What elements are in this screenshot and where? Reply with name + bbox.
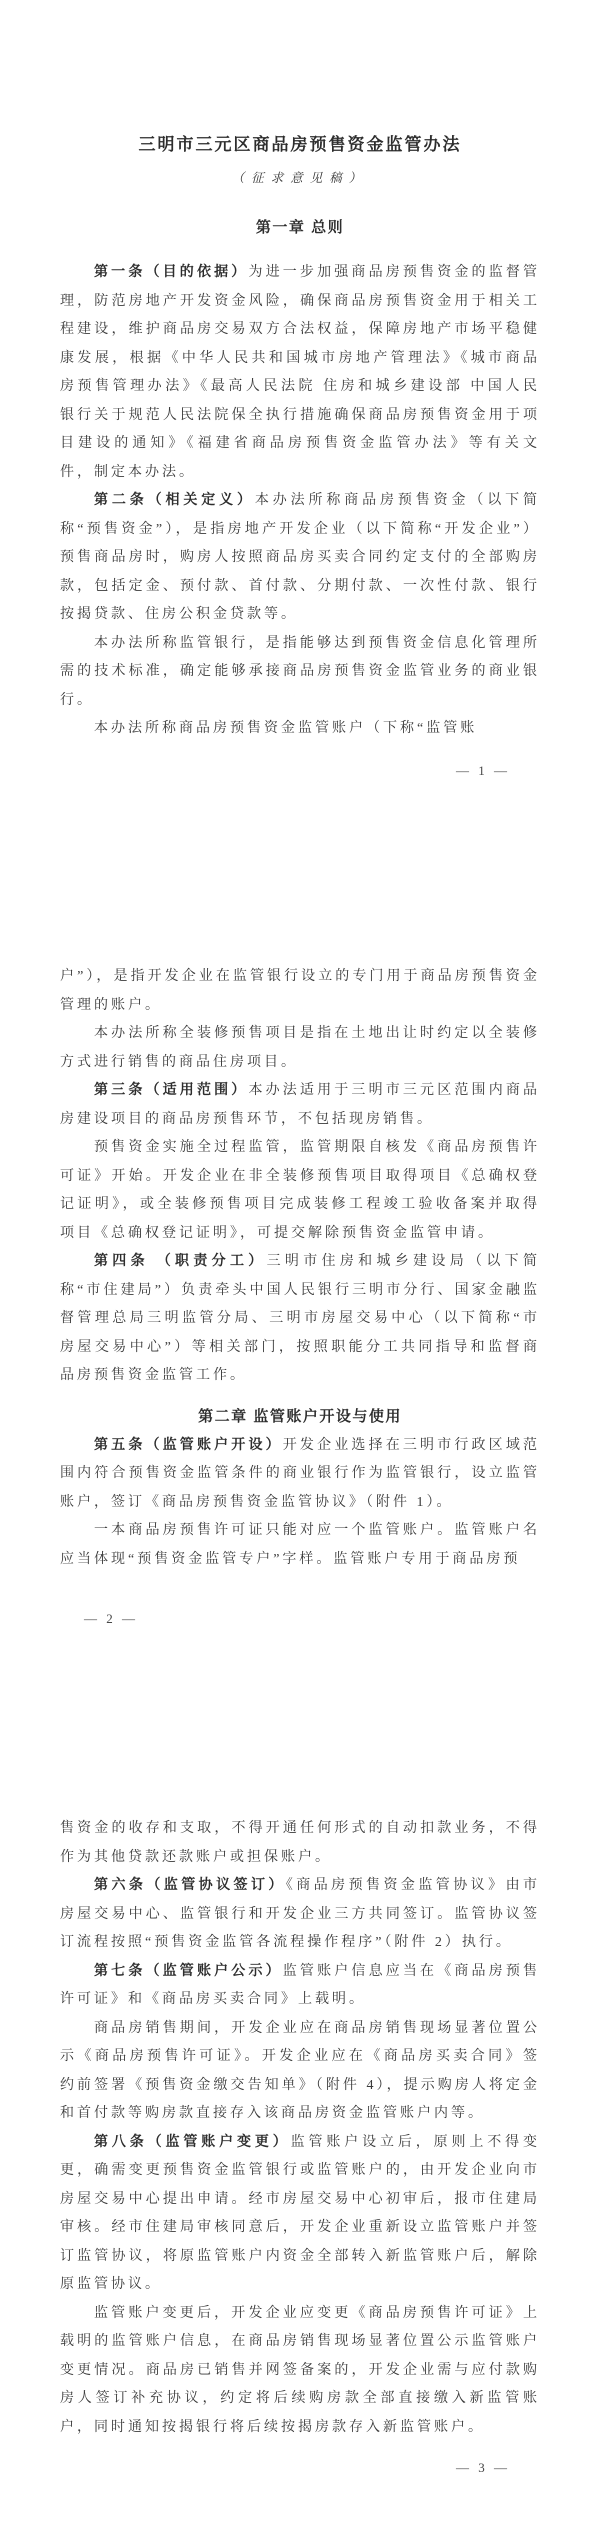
paragraph: 第八条（监管账户变更）监管账户设立后，原则上不得变更，确需变更预售资金监管银行或… <box>60 2129 540 2300</box>
paragraph-text: 本办法所称全装修预售项目是指在土地出让时约定以全装修方式进行销售的商品住房项目。 <box>60 1026 540 1070</box>
paragraph: 本办法所称全装修预售项目是指在土地出让时约定以全装修方式进行销售的商品住房项目。 <box>60 1020 540 1077</box>
paragraph-lead: 第一条（目的依据） <box>94 265 248 280</box>
paragraph-text: 监管账户设立后，原则上不得变更，确需变更预售资金监管银行或监管账户的，由开发企业… <box>60 2135 540 2293</box>
document-title: 三明市三元区商品房预售资金监管办法 <box>60 133 540 157</box>
document-subtitle: （征求意见稿） <box>60 169 540 187</box>
paragraph-lead: 第三条（适用范围） <box>94 1083 248 1098</box>
document-page: 户”），是指开发企业在监管银行设立的专门用于商品房预售资金管理的账户。本办法所称… <box>0 849 600 1697</box>
paragraph-lead: 第六条（监管协议签订） <box>94 1878 286 1893</box>
paragraph-text: 监管账户变更后，开发企业应变更《商品房预售许可证》上载明的监管账户信息，在商品房… <box>60 2306 540 2435</box>
paragraph: 售资金的收存和支取，不得开通任何形式的自动扣款业务，不得作为其他贷款还款账户或担… <box>60 1815 540 1872</box>
paragraph-text: 售资金的收存和支取，不得开通任何形式的自动扣款业务，不得作为其他贷款还款账户或担… <box>60 1821 540 1865</box>
paragraph-text: 本办法所称监管银行，是指能够达到预售资金信息化管理所需的技术标准，确定能够承接商… <box>60 636 540 708</box>
page-number: — 2 — <box>84 1611 138 1627</box>
chapter-heading: 第二章 监管账户开设与使用 <box>60 1402 540 1432</box>
paragraph-lead: 第七条（监管账户公示） <box>94 1964 283 1979</box>
paragraph-text: 本办法所称商品房预售资金监管账户（下称“监管账 <box>94 721 477 736</box>
paragraph-text: 为进一步加强商品房预售资金的监督管理，防范房地产开发资金风险，确保商品房预售资金… <box>60 265 540 480</box>
paragraph-lead: 第二条（相关定义） <box>94 493 255 508</box>
paragraph-text: 商品房销售期间，开发企业应在商品房销售现场显著位置公示《商品房预售许可证》。开发… <box>60 2021 540 2122</box>
paragraph-text: 本办法所称商品房预售资金（以下简称“预售资金”），是指房地产开发企业（以下简称“… <box>60 493 540 622</box>
paragraph-lead: 第八条（监管账户变更） <box>94 2135 291 2150</box>
paragraph: 第六条（监管协议签订）《商品房预售资金监管协议》由市房屋交易中心、监管银行和开发… <box>60 1872 540 1958</box>
paragraph: 第一条（目的依据）为进一步加强商品房预售资金的监督管理，防范房地产开发资金风险，… <box>60 259 540 487</box>
paragraph: 第五条（监管账户开设）开发企业选择在三明市行政区域范围内符合预售资金监管条件的商… <box>60 1432 540 1518</box>
document-page: 售资金的收存和支取，不得开通任何形式的自动扣款业务，不得作为其他贷款还款账户或担… <box>0 1697 600 2546</box>
chapter-heading: 第一章 总则 <box>60 213 540 243</box>
paragraph: 预售资金实施全过程监管，监管期限自核发《商品房预售许可证》开始。开发企业在非全装… <box>60 1134 540 1248</box>
document-page: 三明市三元区商品房预售资金监管办法（征求意见稿）第一章 总则第一条（目的依据）为… <box>0 0 600 849</box>
paragraph: 第二条（相关定义）本办法所称商品房预售资金（以下简称“预售资金”），是指房地产开… <box>60 487 540 630</box>
paragraph: 商品房销售期间，开发企业应在商品房销售现场显著位置公示《商品房预售许可证》。开发… <box>60 2015 540 2129</box>
document-pages: 三明市三元区商品房预售资金监管办法（征求意见稿）第一章 总则第一条（目的依据）为… <box>0 0 600 2546</box>
page-number: — 3 — <box>456 2460 510 2476</box>
paragraph-text: 户”），是指开发企业在监管银行设立的专门用于商品房预售资金管理的账户。 <box>60 969 540 1013</box>
paragraph: 监管账户变更后，开发企业应变更《商品房预售许可证》上载明的监管账户信息，在商品房… <box>60 2300 540 2443</box>
paragraph: 第四条 （职责分工）三明市住房和城乡建设局（以下简称“市住建局”）负责牵头中国人… <box>60 1248 540 1391</box>
page-number: — 1 — <box>456 763 510 779</box>
paragraph: 户”），是指开发企业在监管银行设立的专门用于商品房预售资金管理的账户。 <box>60 963 540 1020</box>
paragraph-text: 三明市住房和城乡建设局（以下简称“市住建局”）负责牵头中国人民银行三明市分行、国… <box>60 1254 540 1383</box>
paragraph-text: 一本商品房预售许可证只能对应一个监管账户。监管账户名应当体现“预售资金监管专户”… <box>60 1523 540 1567</box>
paragraph-text: 预售资金实施全过程监管，监管期限自核发《商品房预售许可证》开始。开发企业在非全装… <box>60 1140 540 1241</box>
paragraph: 第三条（适用范围）本办法适用于三明市三元区范围内商品房建设项目的商品房预售环节，… <box>60 1077 540 1134</box>
paragraph: 第七条（监管账户公示）监管账户信息应当在《商品房预售许可证》和《商品房买卖合同》… <box>60 1958 540 2015</box>
paragraph: 一本商品房预售许可证只能对应一个监管账户。监管账户名应当体现“预售资金监管专户”… <box>60 1517 540 1574</box>
paragraph: 本办法所称监管银行，是指能够达到预售资金信息化管理所需的技术标准，确定能够承接商… <box>60 630 540 716</box>
paragraph-lead: 第五条（监管账户开设） <box>94 1438 283 1453</box>
paragraph-lead: 第四条 （职责分工） <box>94 1254 267 1269</box>
paragraph: 本办法所称商品房预售资金监管账户（下称“监管账 <box>60 715 540 744</box>
